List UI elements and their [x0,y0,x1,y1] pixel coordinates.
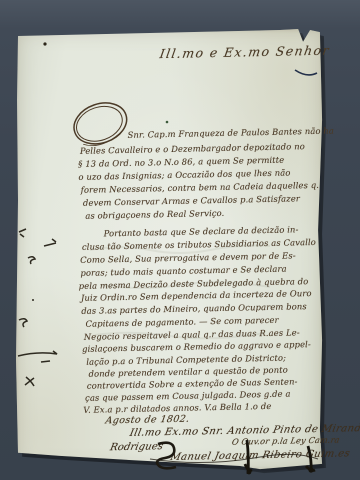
manuscript-line: Capitaens de pagamento. — Se com parecer [85,315,278,329]
salutation: Ill.mo e Ex.mo Senhor [159,43,331,62]
manuscript-line: V. Ex.a p.r dilatados annos. V.a Bella 1… [83,401,271,415]
manuscript-line: das 3.as partes do Mineiro, quando Ocupa… [81,301,307,316]
manuscript-line: devem Conservar Armas e Cavallos p.a Sat… [83,193,300,208]
closing-right-note: O Ouv.or p.la Ley Cam.ra [231,434,340,446]
manuscript-line: § 13 da Ord. no 3.o N.o 86, a quem Se pe… [78,155,284,169]
manuscript-line: Snr. Cap.m Franqueza de Paulos Bantes nã… [127,126,334,140]
manuscript-line: Como Sella, Sua prerrogativa e devem por… [80,250,296,265]
manuscript-line: Juiz Ordin.ro Sem dependencia da incerte… [81,288,312,303]
closing-addressee-2: Rodrigues [109,441,164,453]
date-line: Agosto de 1802. [105,414,191,427]
manuscript-line: o uzo das Insignias; a Occazião dos que … [78,167,290,181]
photo-background: Ill.mo e Ex.mo Senhor Snr. Cap.m Franque… [0,0,360,480]
manuscript-line: poras; tudo mais quanto costumar e Se de… [80,264,286,278]
manuscript-line: Portanto basta que Se declare da decizão… [104,224,299,238]
manuscript-line: as obrigaçoens do Real Serviço. [85,208,224,221]
manuscript-line: clusa tão Somente os tributos Subsidiari… [82,237,316,252]
manuscript-ink-layer: Ill.mo e Ex.mo Senhor Snr. Cap.m Franque… [0,0,360,480]
manuscript-line: gislaçoens buscarem o Remedio do aggravo… [82,339,311,354]
manuscript-line: Pelles Cavalleiro e o Dezembargador depo… [80,141,305,156]
signature: Manuel Joaquim Ribeiro Guim.es [169,448,351,463]
